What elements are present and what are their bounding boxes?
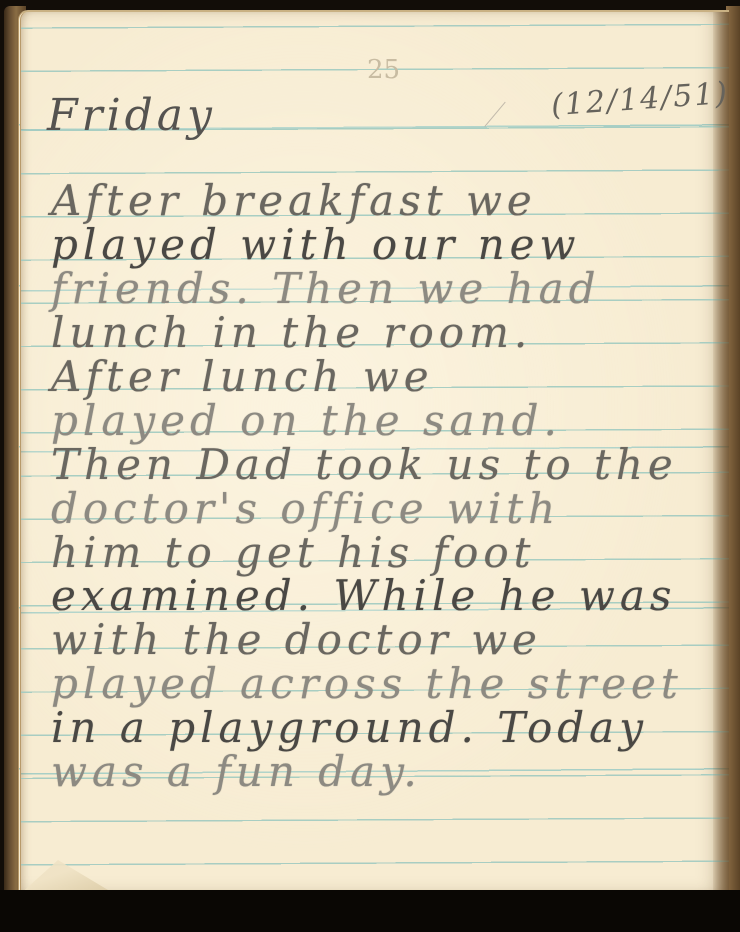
entry-line: After breakfast we (51, 180, 537, 222)
entry-line: doctor's office with (51, 488, 560, 530)
diary-book: 25 Friday (12/14/51) After breakfast we … (0, 0, 740, 932)
entry-line: played with our new (51, 224, 580, 266)
entry-line: After lunch we (51, 356, 434, 398)
entry-line: him to get his foot (51, 532, 536, 574)
entry-date: (12/14/51) (550, 76, 729, 123)
entry-line: in a playground. Today (51, 707, 648, 749)
entry-line: Then Dad took us to the (51, 444, 678, 486)
entry-line: with the doctor we (51, 619, 542, 661)
entry-line: played on the sand. (51, 400, 562, 442)
entry-line: played across the street (51, 663, 683, 705)
entry-line: examined. While he was (51, 575, 676, 617)
entry-line: lunch in the room. (51, 312, 532, 354)
faint-page-number: 25 (367, 56, 400, 85)
diary-entry: 25 Friday (12/14/51) After breakfast we … (21, 12, 729, 892)
diary-page: 25 Friday (12/14/51) After breakfast we … (18, 10, 729, 892)
entry-day: Friday (47, 90, 216, 141)
pencil-check-mark (484, 102, 528, 146)
entry-line: friends. Then we had (51, 268, 601, 310)
book-bottom-edge (0, 890, 740, 932)
entry-line: was a fun day. (51, 751, 422, 793)
